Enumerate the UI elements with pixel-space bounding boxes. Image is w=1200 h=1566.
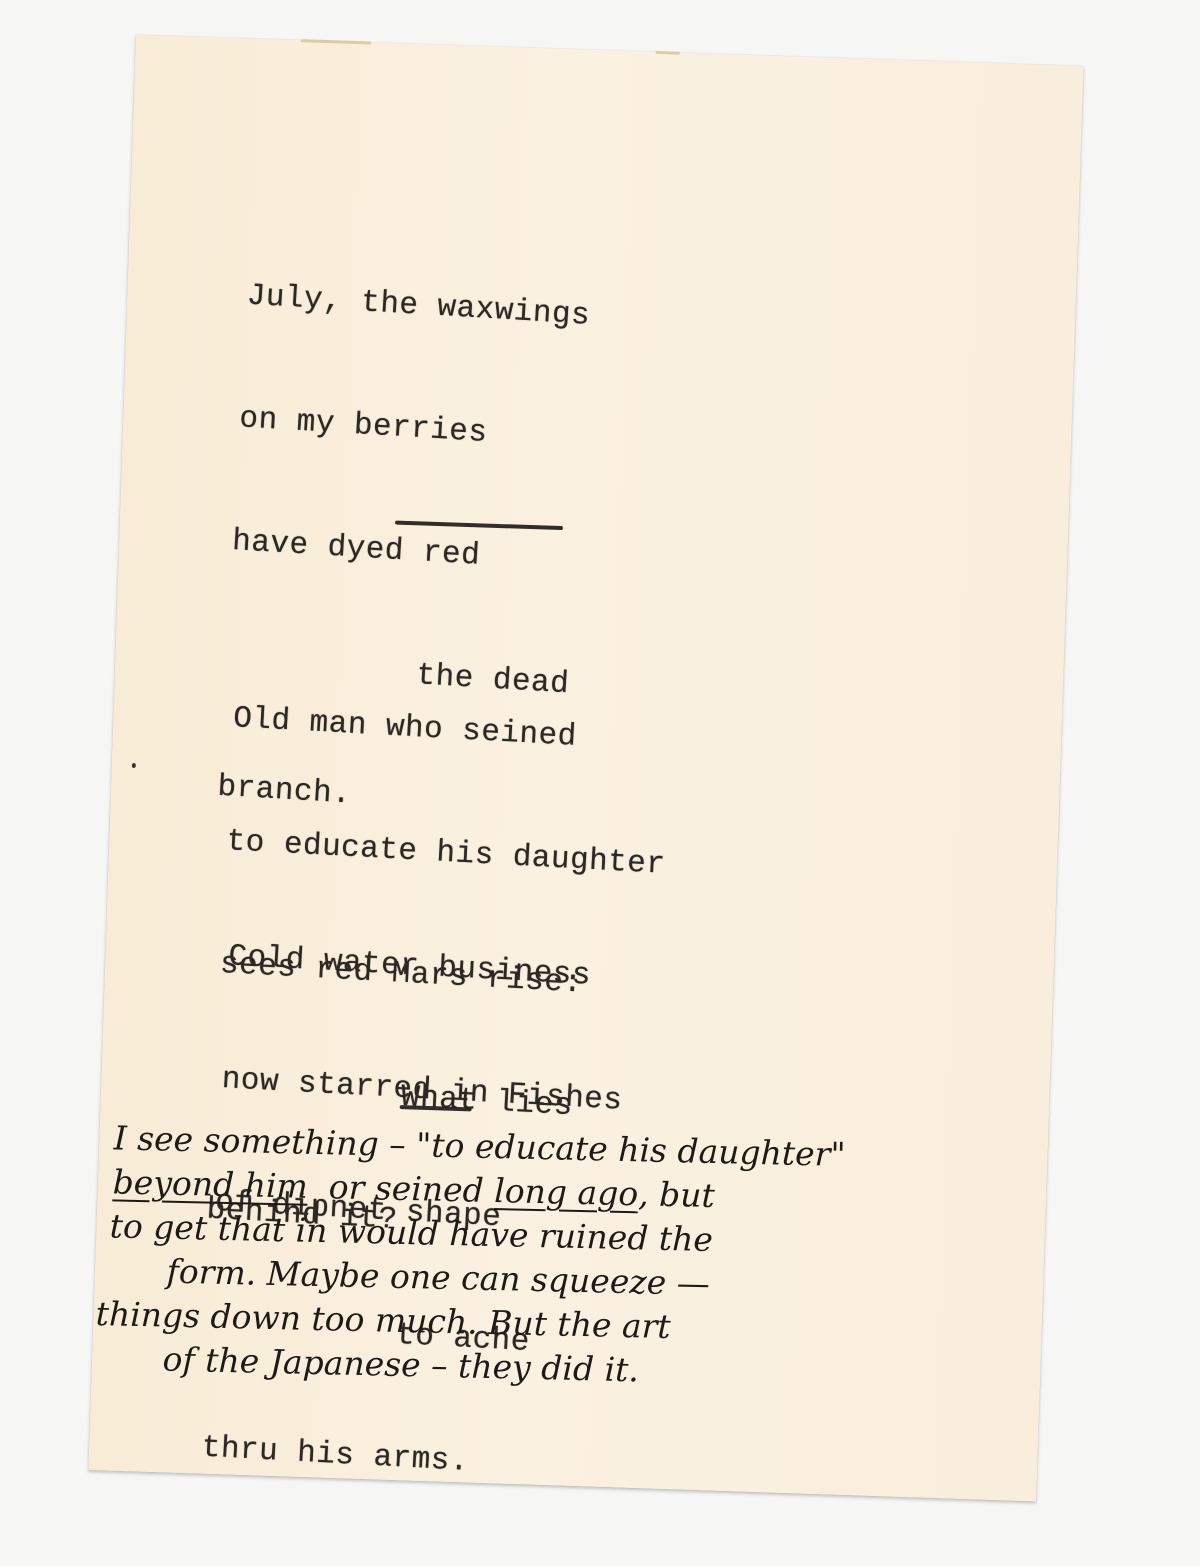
underlined-phrase: long ago — [494, 1171, 639, 1213]
poem-card: July, the waxwings on my berries have dy… — [88, 35, 1083, 1502]
ink-speck — [132, 763, 136, 768]
poem-line: thru his arms. — [201, 1428, 604, 1491]
poem-line: now starred in Fishes — [221, 1059, 624, 1122]
handwritten-note: I see something – "to educate his daught… — [94, 1116, 1048, 1401]
poem-line: have dyed red — [231, 521, 578, 582]
poem-line: Old man who seined — [232, 698, 673, 763]
note-line-rest: or seined long ago, but — [307, 1167, 715, 1215]
tape-mark — [656, 51, 680, 55]
poem-line: on my berries — [238, 398, 585, 459]
underlined-phrase: beyond him — [112, 1162, 308, 1205]
poem-line: Cold water business — [227, 936, 630, 999]
poem-line: July, the waxwings — [246, 275, 593, 336]
tape-mark — [301, 39, 371, 44]
